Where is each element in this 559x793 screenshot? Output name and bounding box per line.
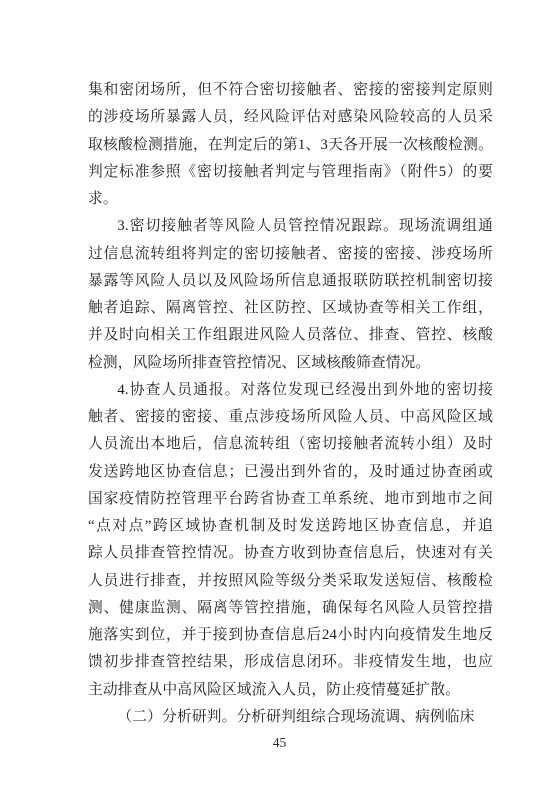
text-line: 取核酸检测措施，在判定后的第1、3天各开展一次核酸检测。 xyxy=(88,132,493,159)
page-number: 45 xyxy=(0,735,559,751)
text-line: 主动排查从中高风险区域流入人员，防止疫情蔓延扩散。 xyxy=(88,677,493,704)
text-line: 国家疫情防控管理平台跨省协查工单系统、地市到地市之间 xyxy=(88,486,493,513)
text-line: 暴露等风险人员以及风险场所信息通报联防联控机制密切接 xyxy=(88,268,493,295)
text-line: 施落实到位，并于接到协查信息后24小时内向疫情发生地反 xyxy=(88,622,493,649)
text-line: “点对点”跨区域协查机制及时发送跨地区协查信息，并追 xyxy=(88,513,493,540)
text-line: 触者追踪、隔离管控、社区防控、区域协查等相关工作组， xyxy=(88,295,493,322)
document-page: 集和密闭场所，但不符合密切接触者、密接的密接判定原则的涉疫场所暴露人员，经风险评… xyxy=(0,0,559,793)
text-line: 测、健康监测、隔离等管控措施，确保每名风险人员管控措 xyxy=(88,595,493,622)
text-line: 的涉疫场所暴露人员，经风险评估对感染风险较高的人员采 xyxy=(88,104,493,131)
text-line: 踪人员排查管控情况。协查方收到协查信息后，快速对有关 xyxy=(88,540,493,567)
text-line: 触者、密接的密接、重点涉疫场所风险人员、中高风险区域 xyxy=(88,404,493,431)
text-line: 检测，风险场所排查管控情况、区域核酸筛查情况。 xyxy=(88,350,493,377)
text-line: 4.协查人员通报。对落位发现已经漫出到外地的密切接 xyxy=(88,377,493,404)
text-line: 馈初步排查管控结果，形成信息闭环。非疫情发生地，也应 xyxy=(88,649,493,676)
text-line: （二）分析研判。分析研判组综合现场流调、病例临床 xyxy=(88,704,493,731)
text-line: 过信息流转组将判定的密切接触者、密接的密接、涉疫场所 xyxy=(88,241,493,268)
text-line: 发送跨地区协查信息；已漫出到外省的，及时通过协查函或 xyxy=(88,459,493,486)
text-line: 人员进行排查，并按照风险等级分类采取发送短信、核酸检 xyxy=(88,568,493,595)
text-line: 判定标准参照《密切接触者判定与管理指南》（附件5）的要 xyxy=(88,159,493,186)
text-line: 人员流出本地后，信息流转组（密切接触者流转小组）及时 xyxy=(88,431,493,458)
text-line: 并及时向相关工作组跟进风险人员落位、排查、管控、核酸 xyxy=(88,322,493,349)
document-body: 集和密闭场所，但不符合密切接触者、密接的密接判定原则的涉疫场所暴露人员，经风险评… xyxy=(88,77,493,731)
text-line: 3.密切接触者等风险人员管控情况跟踪。现场流调组通 xyxy=(88,213,493,240)
text-line: 求。 xyxy=(88,186,493,213)
text-line: 集和密闭场所，但不符合密切接触者、密接的密接判定原则 xyxy=(88,77,493,104)
